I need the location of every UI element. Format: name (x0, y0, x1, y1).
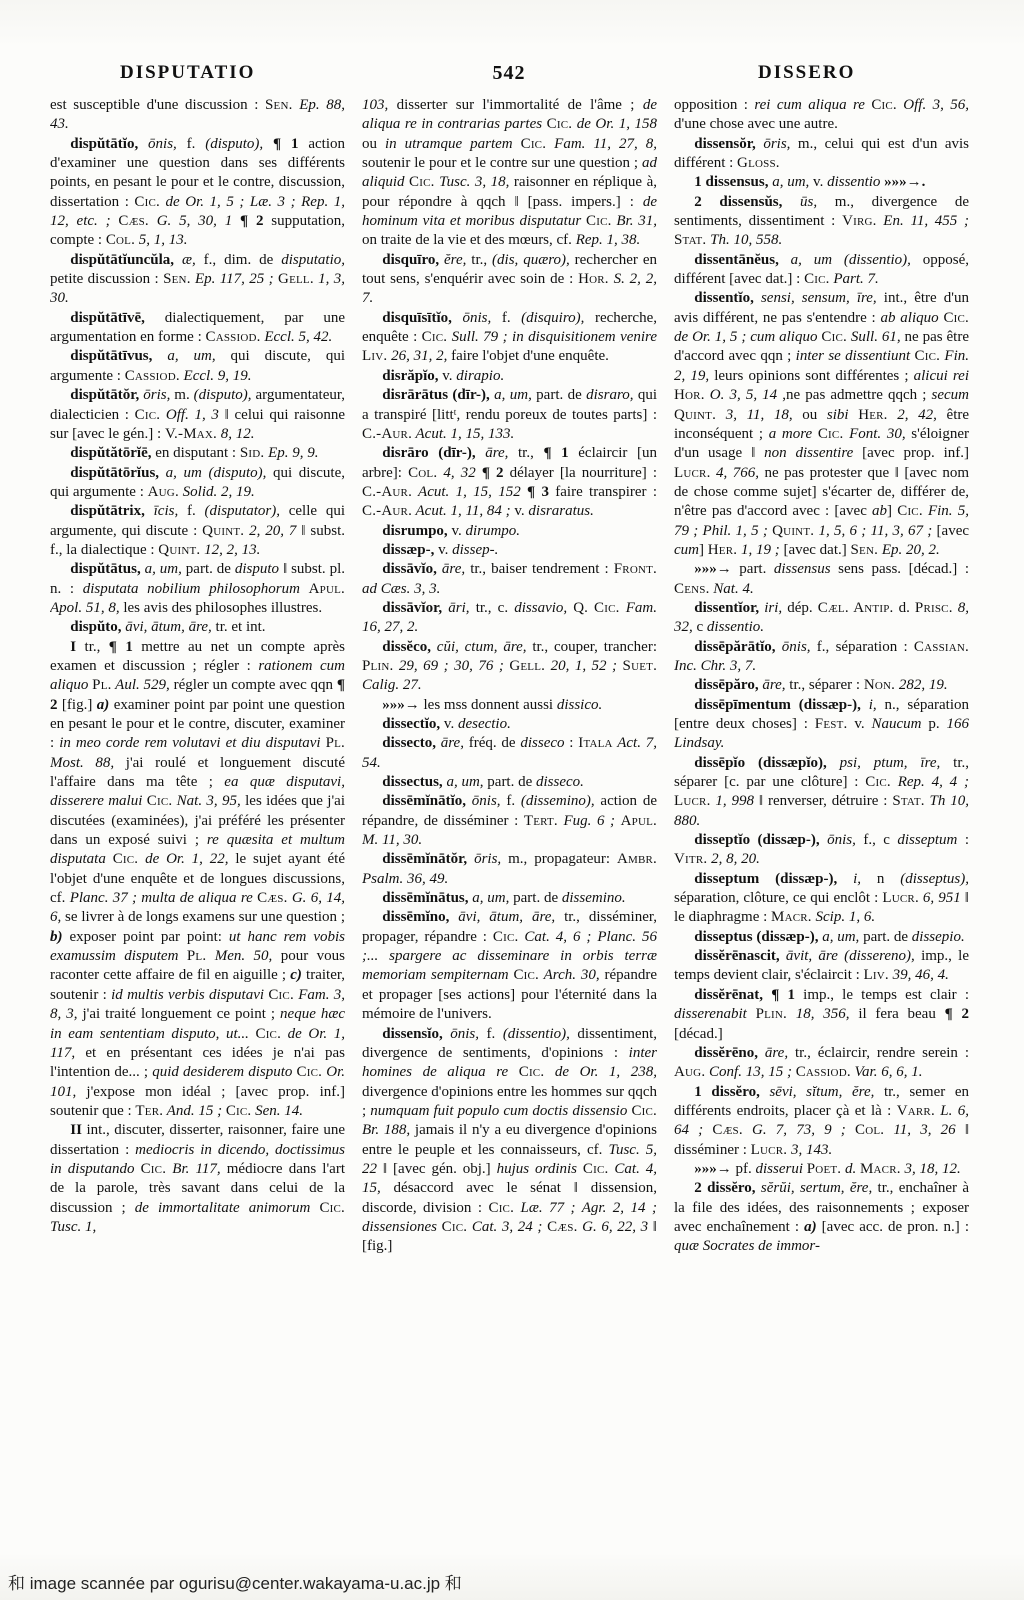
dictionary-paragraph: dissāvĭo, āre, tr., baiser tendrement : … (362, 560, 657, 599)
dictionary-paragraph: dissentānĕus, a, um (dissentio), opposé,… (674, 251, 969, 290)
dictionary-paragraph: dissĕrēno, āre, tr., éclaircir, rendre s… (674, 1044, 969, 1083)
dictionary-paragraph: I tr., ¶ 1 mettre au net un compte après… (50, 638, 345, 1122)
dictionary-paragraph: disquīro, ĕre, tr., (dis, quæro), recher… (362, 251, 657, 309)
column-1: est susceptible d'une discussion : Sen. … (50, 96, 345, 1544)
dictionary-paragraph: dispŭtătōrĭē, en disputant : Sid. Ep. 9,… (50, 444, 345, 463)
dictionary-paragraph: dissēpīmentum (dissæp-), i, n., séparati… (674, 696, 969, 754)
dictionary-paragraph: dispŭtātŏr, ōris, m. (disputo), argument… (50, 386, 345, 444)
column-2: 103, disserter sur l'immortalité de l'âm… (362, 96, 657, 1544)
dictionary-paragraph: II int., discuter, disserter, raisonner,… (50, 1121, 345, 1237)
dictionary-paragraph: dissecto, āre, fréq. de disseco : Itala … (362, 734, 657, 773)
dictionary-paragraph: 2 dissĕro, sĕrŭi, sertum, ĕre, tr., ench… (674, 1179, 969, 1256)
dictionary-paragraph: dissectus, a, um, part. de disseco. (362, 773, 657, 792)
dictionary-paragraph: dissentĭo, sensi, sensum, īre, int., êtr… (674, 289, 969, 560)
dictionary-paragraph: disrăpĭo, v. dirapio. (362, 367, 657, 386)
header-right-guide-word: DISSERO (668, 62, 968, 84)
dictionary-paragraph: disrāro (dīr-), āre, tr., ¶ 1 éclaircir … (362, 444, 657, 521)
dictionary-paragraph: dissēmĭnātŏr, ōris, m., propagateur: Amb… (362, 850, 657, 889)
scanned-dictionary-page: DISPUTATIO 542 DISSERO est susceptible d… (0, 0, 1024, 1600)
dictionary-paragraph: dissēmĭnātus, a, um, part. de dissemino. (362, 889, 657, 908)
dictionary-paragraph: dispŭto, āvi, ātum, āre, tr. et int. (50, 618, 345, 637)
dictionary-paragraph: disseptum (dissæp-), i, n (disseptus), s… (674, 870, 969, 928)
dictionary-paragraph: disseptĭo (dissæp-), ōnis, f., c dissept… (674, 831, 969, 870)
dictionary-columns: est susceptible d'une discussion : Sen. … (50, 96, 970, 1544)
dictionary-paragraph: »»»→ part. dissensus sens pass. [décad.]… (674, 560, 969, 599)
dictionary-paragraph: dispŭtātrix, īcis, f. (disputator), cell… (50, 502, 345, 560)
dictionary-paragraph: disquīsītĭo, ōnis, f. (disquiro), recher… (362, 309, 657, 367)
dictionary-paragraph: 1 dissensus, a, um, v. dissentio »»»→. (674, 173, 969, 192)
dictionary-paragraph: 103, disserter sur l'immortalité de l'âm… (362, 96, 657, 251)
dictionary-paragraph: disseptus (dissæp-), a, um, part. de dis… (674, 928, 969, 947)
dictionary-paragraph: 2 dissensŭs, ūs, m., divergence de senti… (674, 193, 969, 251)
column-3: opposition : rei cum aliqua re Cic. Off.… (674, 96, 969, 1544)
page-number: 542 (350, 62, 668, 85)
dictionary-paragraph: »»»→ les mss donnent aussi dissico. (362, 696, 657, 715)
dictionary-paragraph: dispŭtātīvus, a, um, qui discute, qui ar… (50, 347, 345, 386)
dictionary-paragraph: dissāvĭor, āri, tr., c. dissavio, Q. Cic… (362, 599, 657, 638)
dictionary-paragraph: dissensĭo, ōnis, f. (dissentio), dissent… (362, 1025, 657, 1257)
dictionary-paragraph: dissĕrēnascit, āvit, āre (dissereno), im… (674, 947, 969, 986)
dictionary-paragraph: 1 dissĕro, sēvi, sĭtum, ĕre, tr., semer … (674, 1083, 969, 1160)
dictionary-paragraph: »»»→ pf. disserui Poet. d. Macr. 3, 18, … (674, 1160, 969, 1179)
dictionary-paragraph: dissēmĭno, āvi, ātum, āre, tr., dissémin… (362, 908, 657, 1024)
dictionary-paragraph: est susceptible d'une discussion : Sen. … (50, 96, 345, 135)
dictionary-paragraph: dissĕrēnat, ¶ 1 imp., le temps est clair… (674, 986, 969, 1044)
dictionary-paragraph: dissectĭo, v. desectio. (362, 715, 657, 734)
dictionary-paragraph: dissēpărātĭo, ōnis, f., séparation : Cas… (674, 638, 969, 677)
dictionary-paragraph: dissēpĭo (dissæpĭo), psi, ptum, īre, tr.… (674, 754, 969, 831)
dictionary-paragraph: dissēpăro, āre, tr., séparer : Non. 282,… (674, 676, 969, 695)
dictionary-paragraph: dispŭtātīvē, dialectiquement, par une ar… (50, 309, 345, 348)
dictionary-paragraph: dispŭtātĭuncŭla, æ, f., dim. de disputat… (50, 251, 345, 309)
dictionary-paragraph: dissĕco, cŭi, ctum, āre, tr., couper, tr… (362, 638, 657, 696)
header-left-guide-word: DISPUTATIO (50, 62, 350, 84)
dictionary-paragraph: dispŭtātōrĭus, a, um (disputo), qui disc… (50, 464, 345, 503)
dictionary-paragraph: dispŭtātĭo, ōnis, f. (disputo), ¶ 1 acti… (50, 135, 345, 251)
scan-credit: 和 image scannée par ogurisu@center.wakay… (8, 1569, 462, 1594)
dictionary-paragraph: dissensŏr, ōris, m., celui qui est d'un … (674, 135, 969, 174)
page-header: DISPUTATIO 542 DISSERO (50, 58, 968, 88)
dictionary-paragraph: dispŭtātus, a, um, part. de disputo ‖ su… (50, 560, 345, 618)
dictionary-paragraph: opposition : rei cum aliqua re Cic. Off.… (674, 96, 969, 135)
dictionary-paragraph: dissēmĭnātĭo, ōnis, f. (dissemino), acti… (362, 792, 657, 850)
dictionary-paragraph: disrārātus (dīr-), a, um, part. de disra… (362, 386, 657, 444)
dictionary-paragraph: disrumpo, v. dirumpo. (362, 522, 657, 541)
dictionary-paragraph: dissæp-, v. dissep-. (362, 541, 657, 560)
dictionary-paragraph: dissentĭor, iri, dép. Cæl. Antip. d. Pri… (674, 599, 969, 638)
